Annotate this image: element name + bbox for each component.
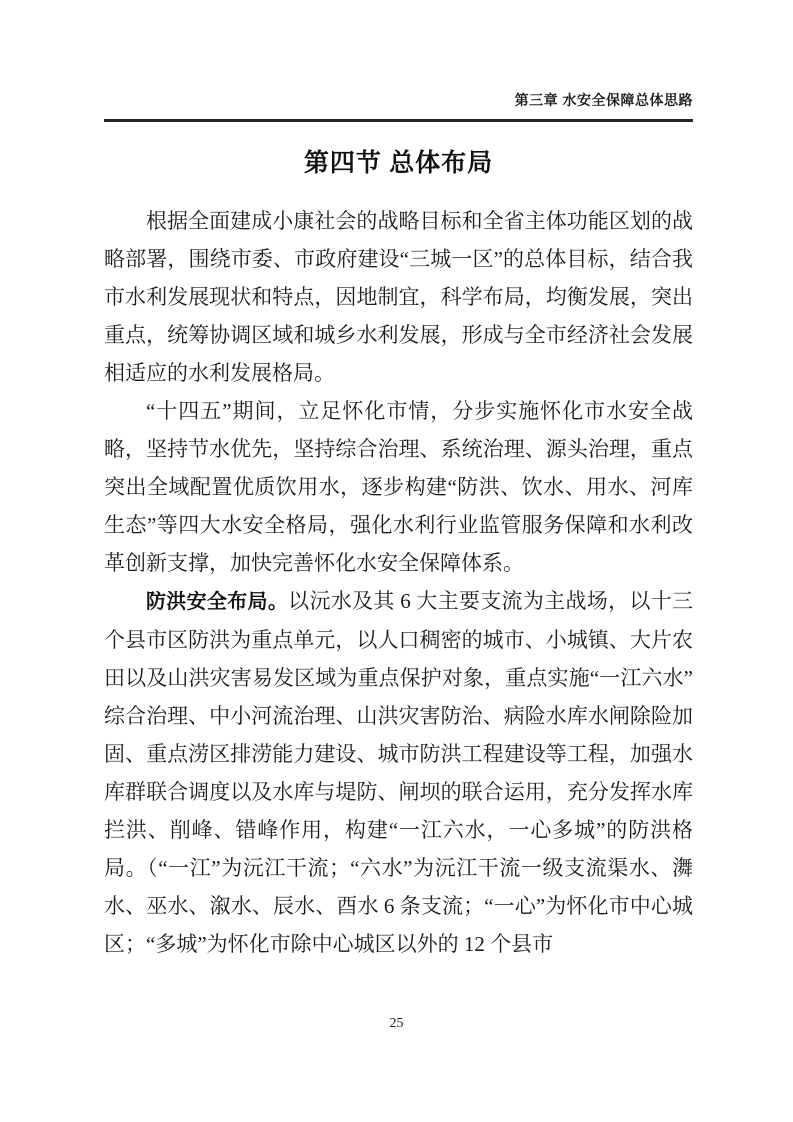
running-header-chapter: 第三章 水安全保障总体思路 <box>104 0 693 109</box>
paragraph-2-text: “十四五”期间，立足怀化市情，分步实施怀化市水安全战略，坚持节水优先，坚持综合治… <box>104 399 693 575</box>
section-title: 第四节 总体布局 <box>104 146 693 182</box>
paragraph-3-bold-lead: 防洪安全布局。 <box>146 591 288 613</box>
page-number: 25 <box>0 1015 793 1033</box>
body-text: 根据全面建成小康社会的战略目标和全省主体功能区划的战略部署，围绕市委、市政府建设… <box>104 202 693 963</box>
paragraph-1-text: 根据全面建成小康社会的战略目标和全省主体功能区划的战略部署，围绕市委、市政府建设… <box>104 209 693 385</box>
paragraph-1: 根据全面建成小康社会的战略目标和全省主体功能区划的战略部署，围绕市委、市政府建设… <box>104 202 693 392</box>
header-rule <box>104 119 693 122</box>
paragraph-3: 防洪安全布局。以沅水及其 6 大主要支流为主战场，以十三个县市区防洪为重点单元，… <box>104 582 693 963</box>
paragraph-2: “十四五”期间，立足怀化市情，分步实施怀化市水安全战略，坚持节水优先，坚持综合治… <box>104 392 693 582</box>
paragraph-3-text: 以沅水及其 6 大主要支流为主战场，以十三个县市区防洪为重点单元，以人口稠密的城… <box>104 589 693 956</box>
page-content: 第三章 水安全保障总体思路 第四节 总体布局 根据全面建成小康社会的战略目标和全… <box>104 0 693 963</box>
document-page: 第三章 水安全保障总体思路 第四节 总体布局 根据全面建成小康社会的战略目标和全… <box>0 0 793 1122</box>
